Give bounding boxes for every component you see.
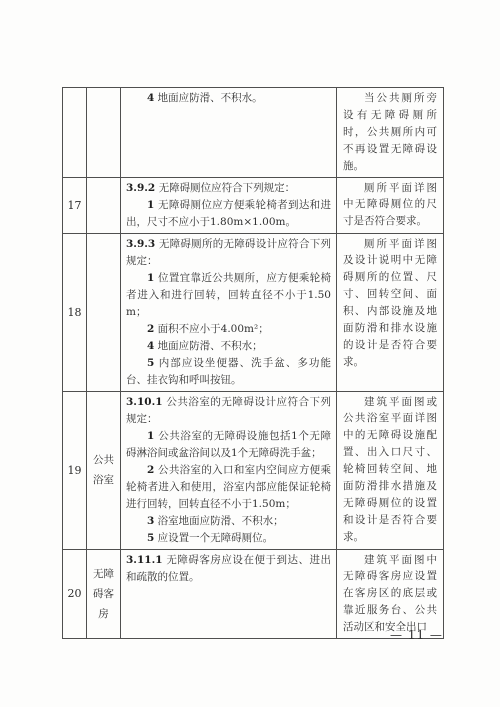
document-page: 4 地面应防滑、不积水。当公共厕所旁设有无障碍厕所时，公共厕所内可不再设置无障碍… <box>0 0 500 707</box>
clause-number: 3 <box>147 515 154 527</box>
item-paragraph: 4 地面应防滑、不积水。 <box>126 90 331 107</box>
row-content-cell: 4 地面应防滑、不积水。 <box>121 88 337 178</box>
clause-number: 3.9.2 <box>126 182 155 194</box>
clause-paragraph: 3.9.2 无障碍厕位应符合下列规定： <box>126 180 331 197</box>
clause-number: 4 <box>147 340 154 352</box>
row-review-cell: 当公共厕所旁设有无障碍厕所时，公共厕所内可不再设置无障碍设施。 <box>337 88 444 178</box>
row-review-cell: 建筑平面图或公共浴室平面详图中的无障碍设施配置、出入口尺寸、轮椅回转空间、地面防… <box>337 391 444 549</box>
row-content-cell: 3.9.2 无障碍厕位应符合下列规定：1 无障碍厕位应方便乘轮椅者到达和进出，尺… <box>121 177 337 233</box>
review-table-body: 4 地面应防滑、不积水。当公共厕所旁设有无障碍厕所时，公共厕所内可不再设置无障碍… <box>63 88 444 639</box>
row-number-cell: 18 <box>63 233 87 391</box>
clause-number: 3.9.3 <box>126 238 155 250</box>
clause-number: 5 <box>147 357 154 369</box>
item-paragraph: 3 浴室地面应防滑、不积水； <box>126 513 331 530</box>
category-label: 公共浴室 <box>92 450 115 490</box>
item-paragraph: 1 无障碍厕位应方便乘轮椅者到达和进出，尺寸不应小于1.80m×1.00m。 <box>126 197 331 231</box>
item-paragraph: 1 位置宜靠近公共厕所，应方便乘轮椅者进入和进行回转，回转直径不小于1.50m； <box>126 270 331 321</box>
row-number-cell: 20 <box>63 549 87 639</box>
clause-number: 3.10.1 <box>126 396 163 408</box>
clause-number: 1 <box>147 272 154 284</box>
clause-number: 4 <box>147 92 154 104</box>
item-paragraph: 4 地面应防滑、不积水； <box>126 338 331 355</box>
row-category-cell <box>87 177 121 233</box>
row-category-cell: 无障碍客房 <box>87 549 121 639</box>
clause-number: 1 <box>147 199 154 211</box>
table-row: 20无障碍客房3.11.1 无障碍客房应设在便于到达、进出和疏散的位置。建筑平面… <box>63 549 444 639</box>
row-category-cell <box>87 88 121 178</box>
table-row: 19公共浴室3.10.1 公共浴室的无障碍设计应符合下列规定：1 公共浴室的无障… <box>63 391 444 549</box>
clause-paragraph: 3.11.1 无障碍客房应设在便于到达、进出和疏散的位置。 <box>126 552 331 586</box>
clause-paragraph: 3.10.1 公共浴室的无障碍设计应符合下列规定： <box>126 394 331 428</box>
item-paragraph: 2 公共浴室的入口和室内空间应方便乘轮椅者进入和使用，浴室内部应能保证轮椅进行回… <box>126 462 331 513</box>
review-table: 4 地面应防滑、不积水。当公共厕所旁设有无障碍厕所时，公共厕所内可不再设置无障碍… <box>62 87 444 639</box>
clause-number: 1 <box>147 430 154 442</box>
row-category-cell <box>87 233 121 391</box>
review-text: 建筑平面图或公共浴室平面详图中的无障碍设施配置、出入口尺寸、轮椅回转空间、地面防… <box>343 394 437 546</box>
item-paragraph: 2 面积不应小于4.00m²； <box>126 321 331 338</box>
row-number-cell <box>63 88 87 178</box>
row-number-cell: 17 <box>63 177 87 233</box>
table-row: 183.9.3 无障碍厕所的无障碍设计应符合下列规定：1 位置宜靠近公共厕所，应… <box>63 233 444 391</box>
review-text: 建筑平面图中无障碍客房应设置在客房区的底层或靠近服务台、公共活动区和安全出口 <box>343 552 437 637</box>
row-category-cell: 公共浴室 <box>87 391 121 549</box>
review-text: 厕所平面详图及设计说明中无障碍厕所的位置、尺寸、回转空间、面积、内部设施及地面防… <box>343 236 437 371</box>
page-number: — 11 — <box>390 628 443 642</box>
row-review-cell: 建筑平面图中无障碍客房应设置在客房区的底层或靠近服务台、公共活动区和安全出口 <box>337 549 444 639</box>
item-paragraph: 1 公共浴室的无障碍设施包括1个无障碍淋浴间或盆浴间以及1个无障碍洗手盆； <box>126 428 331 462</box>
table-row: 173.9.2 无障碍厕位应符合下列规定：1 无障碍厕位应方便乘轮椅者到达和进出… <box>63 177 444 233</box>
category-label: 无障碍客房 <box>92 564 115 624</box>
clause-number: 5 <box>147 532 154 544</box>
item-paragraph: 5 应设置一个无障碍厕位。 <box>126 530 331 547</box>
clause-paragraph: 3.9.3 无障碍厕所的无障碍设计应符合下列规定： <box>126 236 331 270</box>
row-number-cell: 19 <box>63 391 87 549</box>
clause-number: 2 <box>147 323 154 335</box>
table-row: 4 地面应防滑、不积水。当公共厕所旁设有无障碍厕所时，公共厕所内可不再设置无障碍… <box>63 88 444 178</box>
clause-number: 3.11.1 <box>126 554 163 566</box>
row-content-cell: 3.10.1 公共浴室的无障碍设计应符合下列规定：1 公共浴室的无障碍设施包括1… <box>121 391 337 549</box>
item-paragraph: 5 内部应设坐便器、洗手盆、多功能台、挂衣钩和呼叫按钮。 <box>126 355 331 389</box>
row-content-cell: 3.9.3 无障碍厕所的无障碍设计应符合下列规定：1 位置宜靠近公共厕所，应方便… <box>121 233 337 391</box>
row-review-cell: 厕所平面详图中无障碍厕位的尺寸是否符合要求。 <box>337 177 444 233</box>
row-content-cell: 3.11.1 无障碍客房应设在便于到达、进出和疏散的位置。 <box>121 549 337 639</box>
clause-number: 2 <box>147 464 154 476</box>
review-text: 当公共厕所旁设有无障碍厕所时，公共厕所内可不再设置无障碍设施。 <box>343 90 437 175</box>
row-review-cell: 厕所平面详图及设计说明中无障碍厕所的位置、尺寸、回转空间、面积、内部设施及地面防… <box>337 233 444 391</box>
review-text: 厕所平面详图中无障碍厕位的尺寸是否符合要求。 <box>343 180 437 231</box>
